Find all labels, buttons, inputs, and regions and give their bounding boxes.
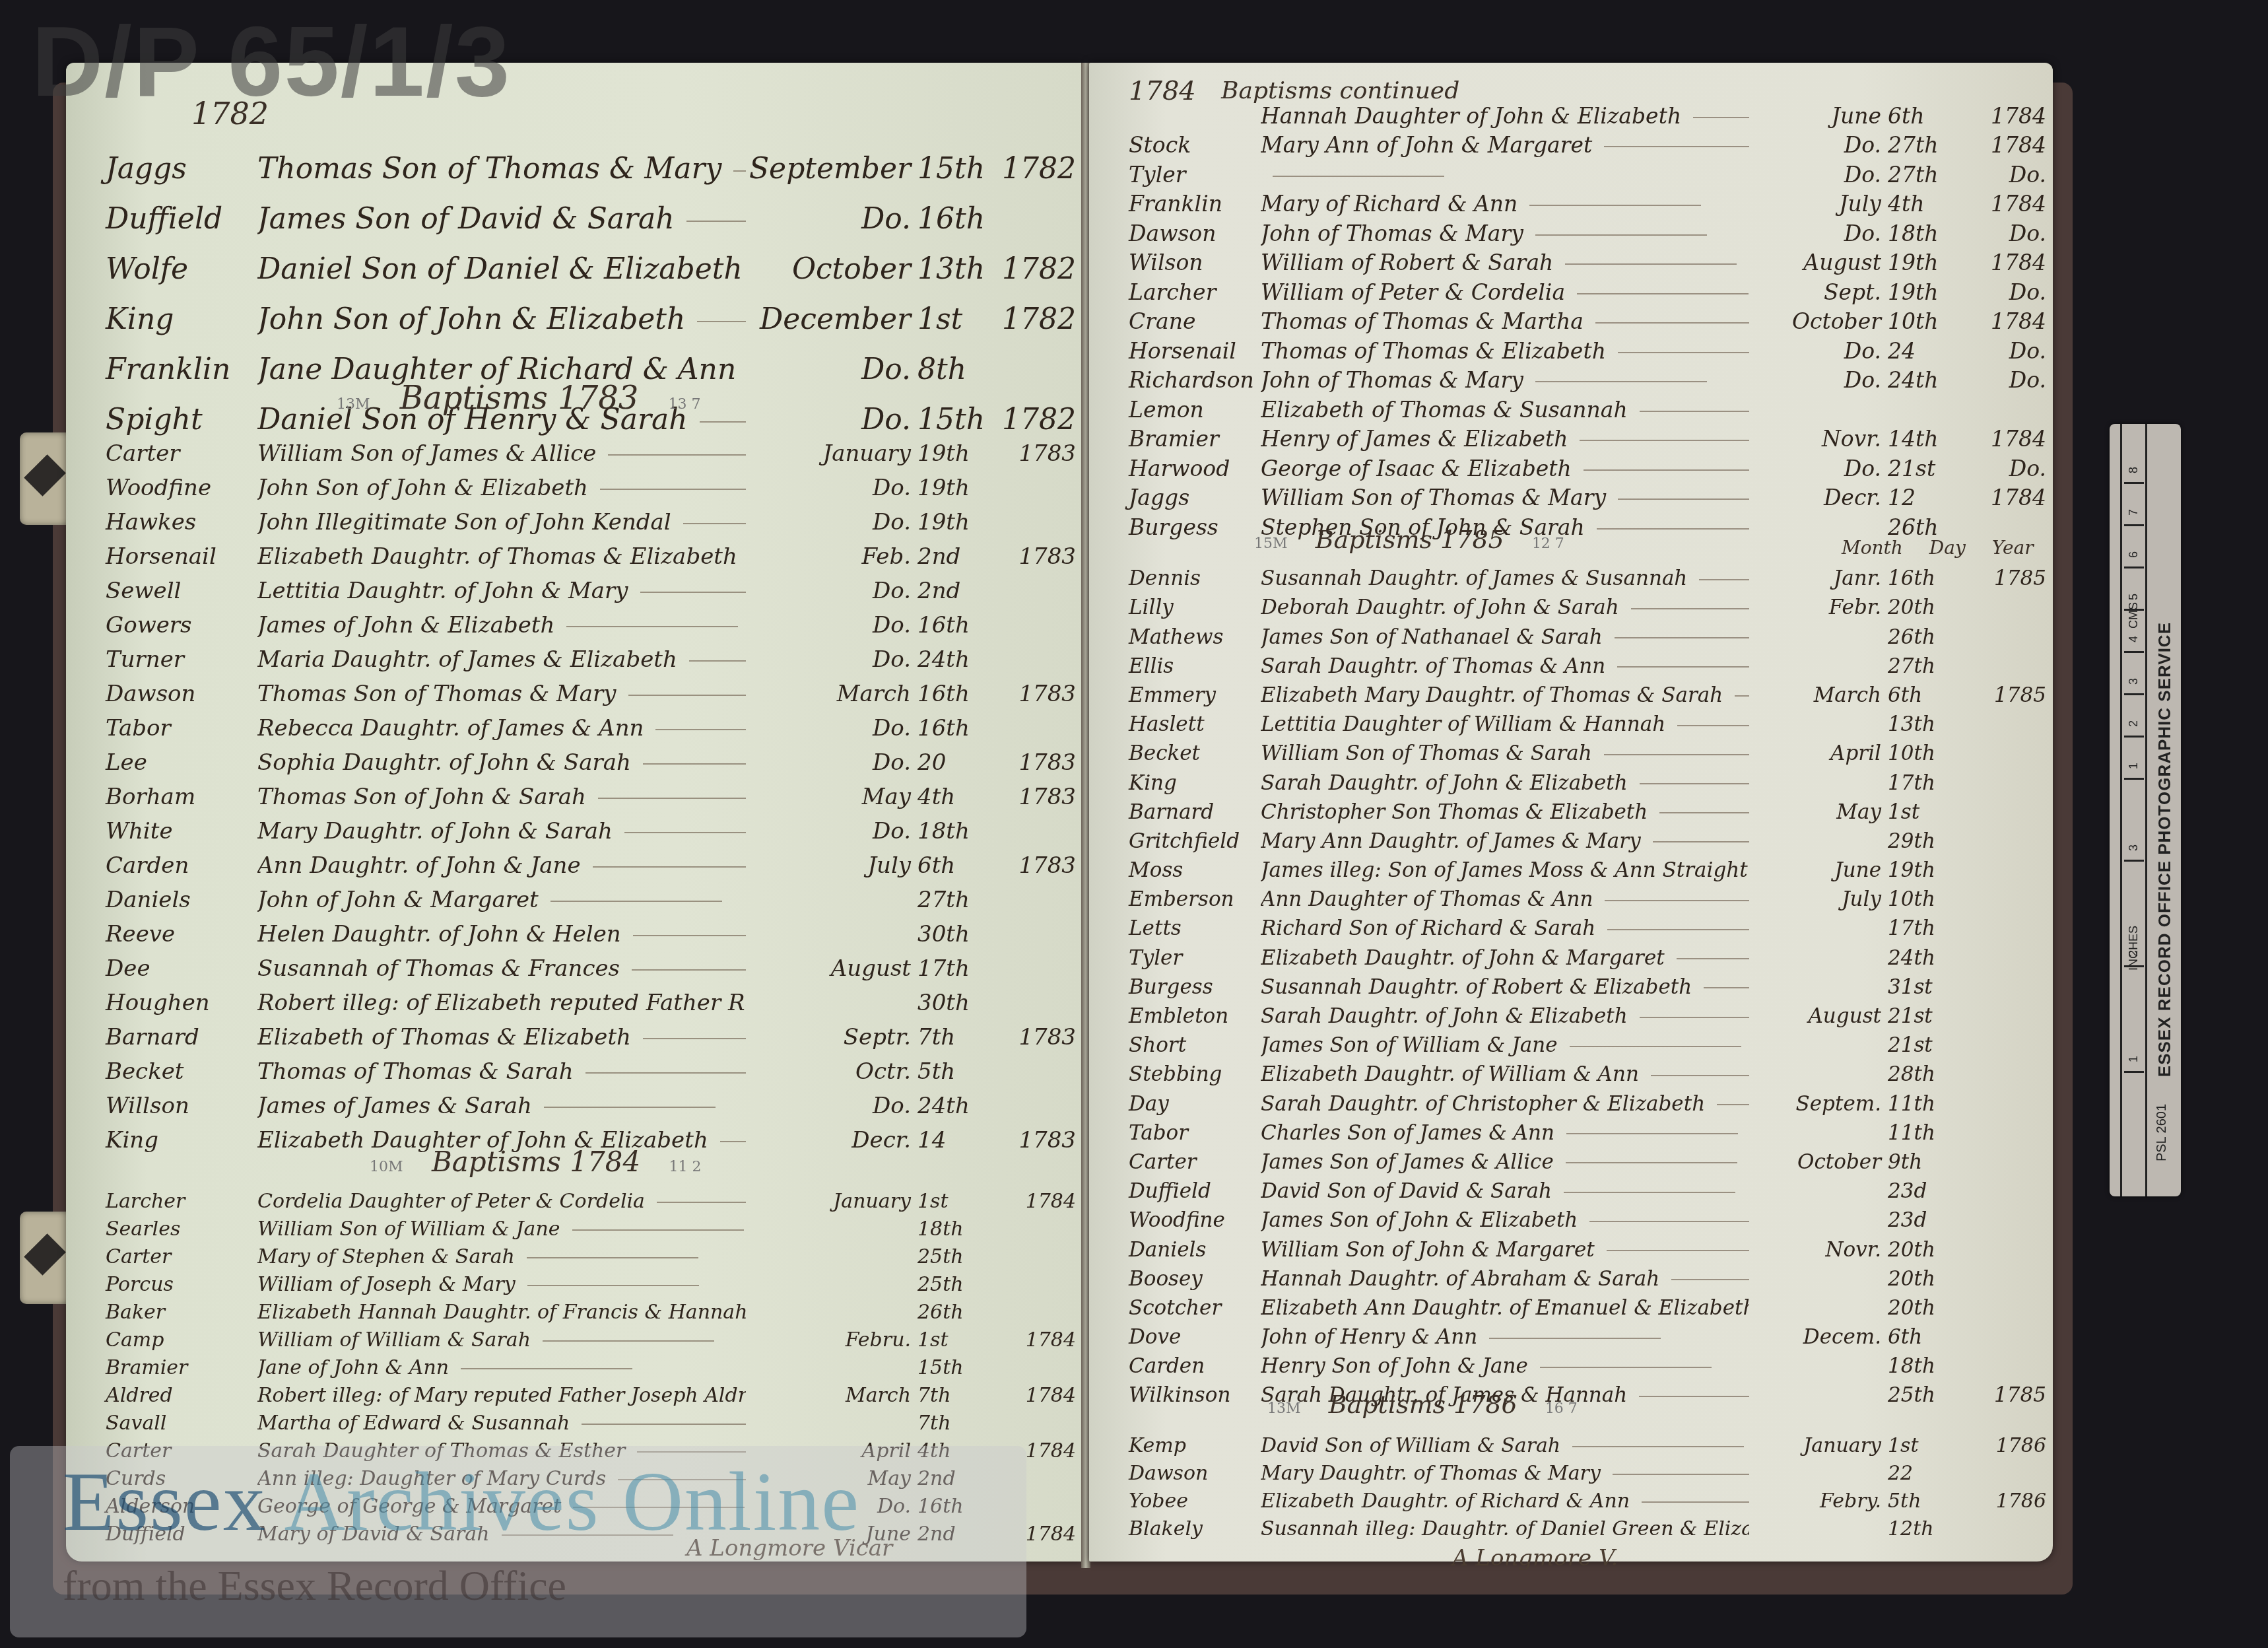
entry-year: Do. (1960, 367, 2046, 393)
ruler-inches-label: INCHES (2127, 926, 2141, 971)
entry-day: 25th (1888, 1383, 1960, 1407)
ruler-inch-tick: 1 (2124, 1071, 2144, 1073)
entry-surname: Stebbing (1129, 1062, 1261, 1086)
entry-year: 1784 (1960, 250, 2046, 275)
entry-month: Decr. (1749, 485, 1888, 510)
register-entry: HaslettLettitia Daughter of William & Ha… (1129, 707, 2046, 736)
entry-surname: Woodfine (1129, 1208, 1261, 1232)
entry-detail: Elizabeth Ann Daughtr. of Emanuel & Eliz… (1261, 1296, 1749, 1320)
register-entry: DanielsWilliam Son of John & MargaretNov… (1129, 1232, 2046, 1261)
register-entry: CampWilliam of William & SarahFebru.1st1… (106, 1324, 1076, 1352)
entry-day: 20th (1888, 596, 1960, 619)
ruler-cm-tick: 2 (2124, 736, 2144, 738)
heading-1785-title: Baptisms 1785 (1316, 525, 1504, 554)
register-entry: RichardsonJohn of Thomas & MaryDo.24thDo… (1129, 364, 2046, 394)
entry-month: Novr. (1749, 426, 1888, 452)
register-entry: CarterJames Son of James & AlliceOctober… (1129, 1145, 2046, 1174)
entry-day: 5th (1888, 1490, 1960, 1513)
entry-month: July (746, 852, 917, 879)
ruler-inch-tick-label: 3 (2127, 844, 2141, 851)
entry-detail: Charles Son of James & Ann (1261, 1121, 1749, 1145)
entry-detail: Mary of Richard & Ann (1261, 191, 1749, 217)
heading-1783-right-note: 13 7 (669, 396, 701, 413)
entry-year: 1786 (1960, 1434, 2046, 1457)
register-entry: DanielsJohn of John & Margaret27th (106, 879, 1076, 913)
entry-day: 20th (1888, 1238, 1960, 1262)
watermark-title-rest: Archives Online (267, 1455, 860, 1548)
register-entry: JaggsWilliam Son of Thomas & MaryDecr.12… (1129, 481, 2046, 511)
entry-surname: Richardson (1129, 367, 1261, 393)
entry-day: 20th (1888, 1267, 1960, 1291)
heading-1784-title: Baptisms 1784 (432, 1146, 640, 1178)
entry-detail: Susannah illeg: Daughtr. of Daniel Green… (1261, 1517, 1749, 1540)
entry-day: 24th (1888, 367, 1960, 393)
entry-month: July (1749, 191, 1888, 217)
entry-day: 19th (1888, 250, 1960, 275)
watermark-title-first: Essex (63, 1455, 267, 1548)
entry-month: August (1749, 250, 1888, 275)
entry-surname: Camp (106, 1328, 257, 1352)
ruler-cm-tick: 4 (2124, 651, 2144, 653)
entry-surname: Burgess (1129, 975, 1261, 999)
entry-detail: John Illegitimate Son of John Kendal (257, 509, 746, 535)
entry-surname: Porcus (106, 1273, 257, 1296)
entry-day: 10th (1888, 887, 1960, 911)
entry-detail: Susannah Daughtr. of Robert & Elizabeth (1261, 975, 1749, 999)
entry-surname: Gritchfield (1129, 829, 1261, 853)
entry-detail: John Son of John & Elizabeth (257, 475, 746, 501)
entry-surname: Blakely (1129, 1517, 1261, 1540)
register-entry: PorcusWilliam of Joseph & Mary25th (106, 1268, 1076, 1296)
entry-day: 12th (1888, 1517, 1960, 1540)
entry-surname: Dove (1129, 1325, 1261, 1349)
watermark-subtitle: from the Essex Record Office (63, 1562, 566, 1610)
entry-surname: Dennis (1129, 566, 1261, 590)
entry-surname: King (106, 1127, 257, 1153)
entry-detail: Maria Daughtr. of James & Elizabeth (257, 646, 746, 673)
entry-day: 13th (917, 252, 990, 286)
entry-day: 31st (1888, 975, 1960, 999)
entry-year: 1784 (1960, 426, 2046, 452)
entry-month: March (1749, 683, 1888, 707)
register-entry: FranklinMary of Richard & AnnJuly4th1784 (1129, 188, 2046, 217)
register-entry: EmbersonAnn Daughter of Thomas & AnnJuly… (1129, 882, 2046, 911)
entry-detail: James of John & Elizabeth (257, 612, 746, 638)
entry-month: Septr. (746, 1024, 917, 1050)
entry-day: 2nd (917, 578, 990, 604)
register-entry: HawkesJohn Illegitimate Son of John Kend… (106, 501, 1076, 535)
ruler-cm-tick: 6 (2124, 566, 2144, 568)
entry-day: 17th (1888, 771, 1960, 795)
entry-year: 1784 (1960, 103, 2046, 129)
entry-detail: James Son of William & Jane (1261, 1033, 1749, 1057)
entry-year: Do. (1960, 456, 2046, 481)
heading-1784-right-note: 11 2 (669, 1159, 702, 1175)
column-headers: Month Day Year (1842, 537, 2092, 559)
entry-month: July (1749, 887, 1888, 911)
entry-month: Do. (746, 509, 917, 535)
entry-surname: Sewell (106, 578, 257, 604)
entry-surname: Duffield (106, 202, 257, 236)
parish-register-book: 1782 JaggsThomas Son of Thomas & MarySep… (46, 63, 2066, 1608)
entry-surname: White (106, 818, 257, 844)
entry-month: Do. (1749, 456, 1888, 481)
entry-surname: Carden (1129, 1354, 1261, 1378)
ruler-cm-tick: 8 (2124, 482, 2144, 484)
entry-day: 11th (1888, 1092, 1960, 1116)
entry-detail: Robert illeg: of Mary reputed Father Jos… (257, 1384, 746, 1407)
register-entry: BorhamThomas Son of John & SarahMay4th17… (106, 776, 1076, 810)
entry-month: Do. (746, 646, 917, 673)
ruler-cm-tick: 3 (2124, 693, 2144, 695)
entry-surname: Larcher (1129, 279, 1261, 305)
register-entry: KingSarah Daughtr. of John & Elizabeth17… (1129, 765, 2046, 794)
entry-surname: Spight (106, 403, 257, 436)
register-entry: WillsonJames of James & SarahDo.24th (106, 1085, 1076, 1119)
entry-surname: Dee (106, 955, 257, 982)
entry-surname: Moss (1129, 858, 1261, 882)
entry-surname: Becket (106, 1058, 257, 1085)
entry-detail: David Son of William & Sarah (1261, 1434, 1749, 1457)
entry-year: 1782 (990, 403, 1076, 436)
entry-day: 7th (917, 1024, 990, 1050)
entry-surname: Dawson (1129, 1462, 1261, 1485)
register-entry: LemonElizabeth of Thomas & Susannah (1129, 393, 2046, 423)
entry-detail: Elizabeth Daughtr. of William & Ann (1261, 1062, 1749, 1086)
entry-day: 16th (917, 715, 990, 741)
entry-day: 26th (917, 1301, 990, 1324)
register-entry: HorsenailElizabeth Daughtr. of Thomas & … (106, 535, 1076, 570)
entry-surname: Barnard (1129, 800, 1261, 824)
entry-month: June (1749, 858, 1888, 882)
entry-day: 18th (917, 1218, 990, 1241)
entry-month: Do. (1749, 367, 1888, 393)
entry-day: 27th (1888, 132, 1960, 158)
entry-surname: Woodfine (106, 475, 257, 501)
entry-surname: Lee (106, 749, 257, 776)
entry-month: Do. (746, 715, 917, 741)
entry-month: January (746, 1190, 917, 1213)
entry-day: 24th (917, 1093, 990, 1119)
entry-surname: Horsenail (106, 543, 257, 570)
entry-detail: Cordelia Daughter of Peter & Cordelia (257, 1190, 746, 1213)
entry-day: 15th (917, 152, 990, 186)
entry-surname: Letts (1129, 916, 1261, 940)
entry-detail: William of Joseph & Mary (257, 1273, 746, 1296)
entry-detail: George of Isaac & Elizabeth (1261, 456, 1749, 481)
entry-day: 26th (1888, 514, 1960, 540)
entry-month: Do. (1749, 132, 1888, 158)
heading-1783-left-note: 13M (337, 396, 370, 413)
entry-detail: Daniel Son of Daniel & Elizabeth (257, 252, 746, 286)
entry-month: Do. (746, 353, 917, 386)
entry-detail: Christopher Son Thomas & Elizabeth (1261, 800, 1749, 824)
entry-day: 12 (1888, 485, 1960, 510)
entry-day: 1st (1888, 800, 1960, 824)
entry-detail: Elizabeth of Thomas & Susannah (1261, 397, 1749, 423)
entry-year: 1784 (990, 1384, 1076, 1407)
entry-year: 1783 (990, 784, 1076, 810)
heading-1785-right-note: 12 7 (1532, 535, 1564, 552)
entry-day: 7th (917, 1384, 990, 1407)
entry-surname: Emberson (1129, 887, 1261, 911)
register-entry: DuffieldDavid Son of David & Sarah23d (1129, 1174, 2046, 1203)
entry-surname: Tyler (1129, 946, 1261, 970)
register-entry: BecketThomas of Thomas & SarahOctr.5th (106, 1050, 1076, 1085)
ruler-cm-tick-label: 2 (2127, 720, 2141, 727)
entry-surname: Tabor (106, 715, 257, 741)
entry-day: 6th (1888, 1325, 1960, 1349)
register-entry: EllisSarah Daughtr. of Thomas & Ann27th (1129, 649, 2046, 678)
entry-detail: Lettitia Daughter of William & Hannah (1261, 712, 1749, 736)
register-entry: TylerElizabeth Daughtr. of John & Margar… (1129, 940, 2046, 969)
entry-detail: Lettitia Daughtr. of John & Mary (257, 578, 746, 604)
entry-month: October (1749, 308, 1888, 334)
entry-surname: Wilkinson (1129, 1383, 1261, 1407)
register-entry: WolfeDaniel Son of Daniel & ElizabethOct… (106, 236, 1076, 286)
register-entry: CarterWilliam Son of James & AlliceJanua… (106, 432, 1076, 467)
entry-surname: Day (1129, 1092, 1261, 1116)
entry-day: 19th (1888, 279, 1960, 305)
ruler-cm-tick-label: 7 (2127, 509, 2141, 516)
watermark-title: Essex Archives Online (63, 1459, 860, 1544)
entry-detail: James of James & Sarah (257, 1093, 746, 1119)
entry-detail: James illeg: Son of James Moss & Ann Str… (1261, 858, 1749, 882)
entry-day: 18th (1888, 221, 1960, 246)
entry-surname: Larcher (106, 1190, 257, 1213)
entry-year: 1785 (1960, 566, 2046, 590)
ruler-cms-label: CMS (2127, 602, 2141, 629)
register-entry: LillyDeborah Daughtr. of John & SarahFeb… (1129, 590, 2046, 619)
register-entry: MossJames illeg: Son of James Moss & Ann… (1129, 853, 2046, 882)
ruler-cm-tick-label: 1 (2127, 763, 2141, 769)
entry-surname: Ellis (1129, 654, 1261, 678)
register-entry: CardenAnn Daughtr. of John & JaneJuly6th… (106, 844, 1076, 879)
entry-month: March (746, 681, 917, 707)
entries-1785: DennisSusannah Daughtr. of James & Susan… (1129, 561, 2046, 1407)
entry-detail: Thomas Son of Thomas & Mary (257, 152, 746, 186)
entry-month: March (746, 1384, 917, 1407)
entry-detail (1261, 162, 1749, 188)
entries-1784-right: Hannah Daughter of John & ElizabethJune6… (1129, 99, 2046, 540)
register-entry: DawsonJohn of Thomas & MaryDo.18thDo. (1129, 217, 2046, 246)
entry-day: 19th (1888, 858, 1960, 882)
entry-month: Novr. (1749, 1238, 1888, 1262)
entry-month: Do. (1749, 162, 1888, 188)
entry-day: 27th (1888, 162, 1960, 188)
entry-day: 19th (917, 475, 990, 501)
entry-surname: King (1129, 771, 1261, 795)
entry-detail: Sarah Daughtr. of Thomas & Ann (1261, 654, 1749, 678)
entry-day: 8th (917, 353, 990, 386)
entry-day: 20 (917, 749, 990, 776)
entry-month: Do. (746, 749, 917, 776)
register-entry: BarnardChristopher Son Thomas & Elizabet… (1129, 795, 2046, 824)
register-entry: DennisSusannah Daughtr. of James & Susan… (1129, 561, 2046, 590)
entry-surname: Barnard (106, 1024, 257, 1050)
entry-surname: Carden (106, 852, 257, 879)
entry-surname: Mathews (1129, 625, 1261, 649)
entry-year: 1784 (1960, 132, 2046, 158)
register-entry: DeeSusannah of Thomas & FrancesAugust17t… (106, 947, 1076, 982)
register-entry: BarnardElizabeth of Thomas & ElizabethSe… (106, 1016, 1076, 1050)
register-entry: JaggsThomas Son of Thomas & MarySeptembe… (106, 135, 1076, 186)
register-entry: StockMary Ann of John & MargaretDo.27th1… (1129, 129, 2046, 158)
entry-detail: John of Thomas & Mary (1261, 221, 1749, 246)
ruler-cm-tick-label: 8 (2127, 467, 2141, 473)
entry-month: Do. (746, 1093, 917, 1119)
column-header-day: Day (1929, 537, 1966, 559)
register-entry: DawsonMary Daughtr. of Thomas & Mary22 (1129, 1457, 2046, 1485)
register-entry: BakerElizabeth Hannah Daughtr. of Franci… (106, 1296, 1076, 1324)
register-entry: TylerDo.27thDo. (1129, 158, 2046, 188)
heading-baptisms-1783: 13M Baptisms 1783 13 7 (317, 380, 721, 417)
entry-day: 27th (1888, 654, 1960, 678)
entry-day: 1st (917, 1328, 990, 1352)
entry-day: 21st (1888, 456, 1960, 481)
register-entry: HorsenailThomas of Thomas & ElizabethDo.… (1129, 334, 2046, 364)
register-entry: CarterMary of Stephen & Sarah25th (106, 1241, 1076, 1268)
entry-surname: Emmery (1129, 683, 1261, 707)
register-entry: KingJohn Son of John & ElizabethDecember… (106, 286, 1076, 336)
entry-year: 1784 (1960, 485, 2046, 510)
ruler-code: PSL 2601 (2154, 1104, 2170, 1161)
entry-surname: Lemon (1129, 397, 1261, 423)
entry-surname: Horsenail (1129, 338, 1261, 364)
entry-month: Decem. (1749, 1325, 1888, 1349)
entry-surname: Kemp (1129, 1434, 1261, 1457)
entry-surname: Wilson (1129, 250, 1261, 275)
entry-month: October (1749, 1150, 1888, 1174)
entry-day: 16th (1888, 566, 1960, 590)
entry-day: 6th (1888, 103, 1960, 129)
entry-detail: Elizabeth of Thomas & Elizabeth (257, 1024, 746, 1050)
ruler-cm-tick-label: 4 (2127, 636, 2141, 642)
entry-detail: William Son of William & Jane (257, 1218, 746, 1241)
register-entry: KempDavid Son of William & SarahJanuary1… (1129, 1429, 2046, 1457)
entry-surname: Boosey (1129, 1267, 1261, 1291)
entry-month: Do. (746, 202, 917, 236)
entry-day: 7th (917, 1412, 990, 1435)
register-entry: BlakelySusannah illeg: Daughtr. of Danie… (1129, 1513, 2046, 1540)
entry-day: 17th (1888, 916, 1960, 940)
entry-month: Do. (1749, 221, 1888, 246)
entry-surname: Wolfe (106, 252, 257, 286)
entry-year: 1784 (1960, 308, 2046, 334)
register-entry: WhiteMary Daughtr. of John & SarahDo.18t… (106, 810, 1076, 844)
entry-day: 14 (917, 1127, 990, 1153)
entry-surname: Franklin (106, 353, 257, 386)
entry-detail: Thomas Son of John & Sarah (257, 784, 746, 810)
entry-year: 1783 (990, 749, 1076, 776)
entry-day: 18th (1888, 1354, 1960, 1378)
entry-surname: Lilly (1129, 596, 1261, 619)
register-entry: HoughenRobert illeg: of Elizabeth repute… (106, 982, 1076, 1016)
entry-surname: Haslett (1129, 712, 1261, 736)
entry-surname: Bramier (106, 1356, 257, 1379)
register-entry: SavallMartha of Edward & Susannah7th (106, 1407, 1076, 1435)
entry-detail: William of William & Sarah (257, 1328, 746, 1352)
entry-day: 5th (917, 1058, 990, 1085)
entry-year: 1782 (990, 252, 1076, 286)
heading-1786-right-note: 16 7 (1545, 1400, 1578, 1417)
entry-detail: Thomas of Thomas & Martha (1261, 308, 1749, 334)
entry-detail: William of Peter & Cordelia (1261, 279, 1749, 305)
entry-surname: Houghen (106, 990, 257, 1016)
entry-surname: Carter (106, 1245, 257, 1268)
entry-detail: Thomas of Thomas & Sarah (257, 1058, 746, 1085)
entry-month: May (1749, 800, 1888, 824)
ruler-inch-tick: 3 (2124, 860, 2144, 862)
register-entry: LarcherWilliam of Peter & CordeliaSept.1… (1129, 275, 2046, 305)
entry-surname: Franklin (1129, 191, 1261, 217)
register-entry: WilsonWilliam of Robert & SarahAugust19t… (1129, 246, 2046, 276)
entry-day: 10th (1888, 741, 1960, 765)
entry-detail: Sarah Daughtr. of Christopher & Elizabet… (1261, 1092, 1749, 1116)
register-entry: DuffieldJames Son of David & SarahDo.16t… (106, 186, 1076, 236)
entry-surname: Daniels (1129, 1238, 1261, 1262)
entry-day: 23d (1888, 1179, 1960, 1203)
register-entry: EmbletonSarah Daughtr. of John & Elizabe… (1129, 999, 2046, 1028)
entry-day: 17th (917, 955, 990, 982)
register-entry: YobeeElizabeth Daughtr. of Richard & Ann… (1129, 1485, 2046, 1513)
entry-year: Do. (1960, 221, 2046, 246)
entry-surname: Tyler (1129, 162, 1261, 188)
entry-year: 1783 (990, 852, 1076, 879)
register-entry: LeeSophia Daughtr. of John & SarahDo.201… (106, 741, 1076, 776)
entry-month: September (746, 152, 917, 186)
heading-1786-left-note: 13M (1267, 1400, 1301, 1417)
entry-month: August (746, 955, 917, 982)
entry-detail: Martha of Edward & Susannah (257, 1412, 746, 1435)
entry-day: 25th (917, 1273, 990, 1296)
entry-day: 10th (1888, 308, 1960, 334)
entry-detail: Deborah Daughtr. of John & Sarah (1261, 596, 1749, 619)
entry-detail: Susannah of Thomas & Frances (257, 955, 746, 982)
entry-surname: Carter (1129, 1150, 1261, 1174)
entry-day: 4th (1888, 191, 1960, 217)
ruler-inch-tick-label: 1 (2127, 1056, 2141, 1062)
entry-detail: Elizabeth Daughtr. of Richard & Ann (1261, 1490, 1749, 1513)
entry-surname: King (106, 302, 257, 336)
entry-detail: Hannah Daughter of John & Elizabeth (1261, 103, 1749, 129)
entry-detail: Sarah Daughtr. of John & Elizabeth (1261, 1004, 1749, 1028)
entry-day: 1st (917, 1190, 990, 1213)
entry-surname: Hawkes (106, 509, 257, 535)
entry-day: 1st (917, 302, 990, 336)
entry-month: Do. (746, 818, 917, 844)
ruler-cm-tick-label: 3 (2127, 678, 2141, 685)
entry-month: Do. (746, 475, 917, 501)
entry-detail: Henry Son of John & Jane (1261, 1354, 1749, 1378)
register-entry: CardenHenry Son of John & Jane18th (1129, 1349, 2046, 1378)
entry-detail: David Son of David & Sarah (1261, 1179, 1749, 1203)
entry-year: 1783 (990, 440, 1076, 467)
entry-detail: Elizabeth Daughtr. of Thomas & Elizabeth (257, 543, 746, 570)
heading-1783-title: Baptisms 1783 (400, 380, 638, 417)
entry-year: Do. (1960, 338, 2046, 364)
register-entry: BurgessSusannah Daughtr. of Robert & Eli… (1129, 970, 2046, 999)
entry-detail: John Son of John & Elizabeth (257, 302, 746, 336)
entry-day: 11th (1888, 1121, 1960, 1145)
entry-year: 1782 (990, 152, 1076, 186)
entry-surname: Becket (1129, 741, 1261, 765)
entry-detail: Jane of John & Ann (257, 1356, 746, 1379)
entry-month: Sept. (1749, 279, 1888, 305)
entry-day: 29th (1888, 829, 1960, 853)
entry-day: 30th (917, 921, 990, 947)
entry-surname: Crane (1129, 308, 1261, 334)
